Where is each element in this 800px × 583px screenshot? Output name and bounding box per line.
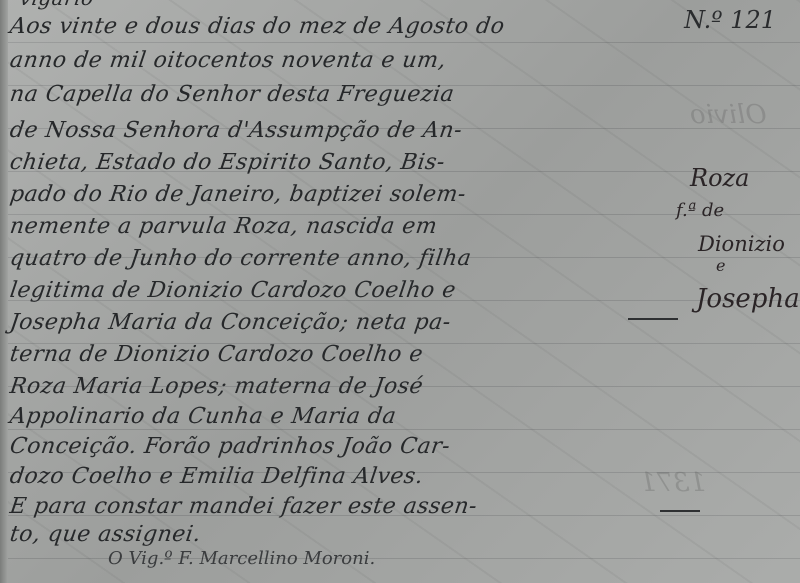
record-line: to, que assignei. [8,522,202,547]
record-line: Aos vinte e dous dias do mez de Agosto d… [8,14,506,39]
record-line: chieta, Estado do Espirito Santo, Bis- [8,150,446,175]
record-line: pado do Rio de Janeiro, baptizei solem- [8,182,467,207]
margin-child-name: Roza [690,164,749,192]
record-line: de Nossa Senhora d'Assumpção de An- [8,118,464,143]
record-line: na Capella do Senhor desta Freguezia [8,82,456,107]
margin-mother-name: Josepha [696,284,800,314]
document-page: Olivio 1371 vigario N.º 121 Aos vinte e … [0,0,800,583]
record-line: quatro de Junho do corrente anno, filha [8,246,473,271]
top-fragment: vigario [18,0,95,10]
margin-father-name: Dionizio [698,232,785,256]
record-line: Roza Maria Lopes; materna de José [8,374,425,399]
record-line: nemente a parvula Roza, nascida em [8,214,439,239]
page-binding-edge [0,0,8,583]
record-line: terna de Dionizio Cardozo Coelho e [8,342,424,367]
line-filler-dash [660,510,700,512]
priest-signature: O Vig.º F. Marcellino Moroni. [108,548,375,569]
margin-relation: f.ª de [676,200,724,221]
record-line: legitima de Dionizio Cardozo Coelho e [8,278,457,303]
record-line: Conceição. Forão padrinhos João Car- [8,434,452,459]
line-filler-dash [628,318,678,320]
margin-conjunction: e [716,256,725,275]
record-line: dozo Coelho e Emilia Delfina Alves. [8,464,425,489]
record-line: Appolinario da Cunha e Maria da [8,404,398,429]
record-line: anno de mil oitocentos noventa e um, [8,48,447,73]
record-line: E para constar mandei fazer este assen- [8,494,479,519]
record-line: Josepha Maria da Conceição; neta pa- [8,310,452,335]
bleed-through-text-top: Olivio [690,100,767,130]
bleed-through-text-bottom: 1371 [640,468,706,498]
record-number: N.º 121 [684,6,776,34]
